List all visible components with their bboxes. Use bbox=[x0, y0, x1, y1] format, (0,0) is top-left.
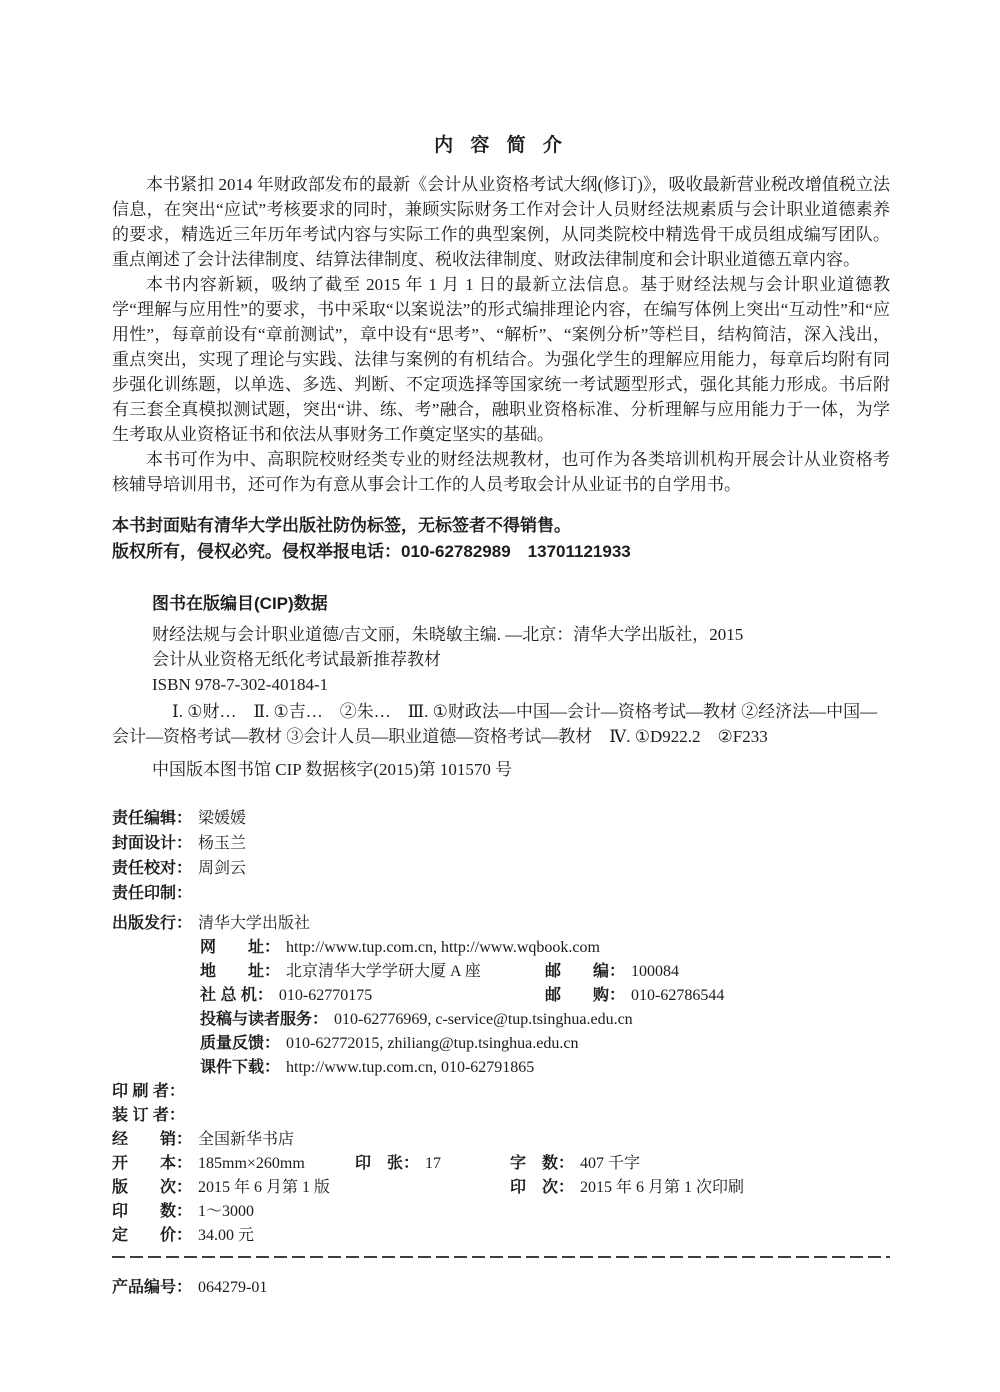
printing-row: 经 销：全国新华书店 bbox=[112, 1128, 890, 1152]
price-value: 34.00 元 bbox=[198, 1227, 254, 1244]
wordcount-label: 字 数： bbox=[510, 1155, 574, 1172]
intro-paragraph: 本书可作为中、高职院校财经类专业的财经法规教材，也可作为各类培训机构开展会计从业… bbox=[112, 447, 890, 497]
copyright-colophon-page: 内 容 简 介 本书紧扣 2014 年财政部发布的最新《会计从业资格考试大纲(修… bbox=[0, 0, 1000, 1392]
address-label: 地 址： bbox=[200, 963, 280, 980]
credit-label: 责任编辑： bbox=[112, 810, 192, 827]
publisher-row: 社 总 机：010-62770175邮 购：010-62786544 bbox=[112, 984, 890, 1008]
sheets-label: 印 张： bbox=[355, 1155, 419, 1172]
cip-isbn-line: ISBN 978-7-302-40184-1 bbox=[152, 672, 890, 697]
sheets-value: 17 bbox=[425, 1155, 441, 1172]
staff-credits: 责任编辑：梁媛媛 封面设计：杨玉兰 责任校对：周剑云 责任印制： bbox=[112, 806, 890, 906]
printing-row: 版 次：2015 年 6 月第 1 版印 次：2015 年 6 月第 1 次印刷 bbox=[112, 1176, 890, 1200]
credit-value: 梁媛媛 bbox=[198, 810, 246, 827]
printing-row: 印 数：1～3000 bbox=[112, 1200, 890, 1224]
intro-paragraph: 本书紧扣 2014 年财政部发布的最新《会计从业资格考试大纲(修订)》，吸收最新… bbox=[112, 172, 890, 272]
printing-row: 开 本：185mm×260mm印 张：17字 数：407 千字 bbox=[112, 1152, 890, 1176]
format-label: 开 本： bbox=[112, 1155, 192, 1172]
mailorder-label: 邮 购： bbox=[545, 987, 625, 1004]
product-code: 产品编号：064279-01 bbox=[112, 1276, 890, 1300]
credit-value: 周剑云 bbox=[198, 860, 246, 877]
reader-service-value: 010-62776969, c-service@tup.tsinghua.edu… bbox=[334, 1011, 633, 1028]
publisher-row: 网 址：http://www.tup.com.cn, http://www.wq… bbox=[112, 936, 890, 960]
wordcount-value: 407 千字 bbox=[580, 1155, 640, 1172]
format-value: 185mm×260mm bbox=[198, 1155, 305, 1172]
distributor-value: 全国新华书店 bbox=[198, 1131, 294, 1148]
separator-line bbox=[112, 1256, 890, 1258]
reader-service-label: 投稿与读者服务： bbox=[200, 1011, 328, 1028]
page-title: 内 容 简 介 bbox=[112, 134, 890, 158]
cip-classification-line: 会计—资格考试—教材 ③会计人员—职业道德—资格考试—教材 Ⅳ. ①D922.2… bbox=[112, 724, 890, 749]
quality-feedback-label: 质量反馈： bbox=[200, 1035, 280, 1052]
address-value: 北京清华大学学研大厦 A 座 bbox=[286, 963, 481, 980]
anti-piracy-notice-line: 本书封面贴有清华大学出版社防伪标签，无标签者不得销售。 bbox=[112, 513, 890, 539]
postcode-value: 100084 bbox=[631, 963, 679, 980]
cip-registry-line: 中国版本图书馆 CIP 数据核字(2015)第 101570 号 bbox=[152, 757, 890, 782]
product-code-label: 产品编号： bbox=[112, 1279, 192, 1296]
cip-title-line: 财经法规与会计职业道德/吉文丽，朱晓敏主编. —北京：清华大学出版社，2015 bbox=[152, 622, 890, 647]
courseware-label: 课件下载： bbox=[200, 1059, 280, 1076]
postcode-label: 邮 编： bbox=[545, 963, 625, 980]
printrun-value: 1～3000 bbox=[198, 1203, 254, 1220]
credit-row: 责任校对：周剑云 bbox=[112, 856, 890, 881]
switchboard-label: 社 总 机： bbox=[200, 987, 273, 1004]
cip-section: 图书在版编目(CIP)数据 财经法规与会计职业道德/吉文丽，朱晓敏主编. —北京… bbox=[112, 591, 890, 782]
binder-label: 装 订 者： bbox=[112, 1107, 185, 1124]
quality-feedback-value: 010-62772015, zhiliang@tup.tsinghua.edu.… bbox=[286, 1035, 578, 1052]
publisher-label: 出版发行： bbox=[112, 915, 192, 932]
printing-row: 装 订 者： bbox=[112, 1104, 890, 1128]
price-label: 定 价： bbox=[112, 1227, 192, 1244]
publisher-row: 出版发行：清华大学出版社 bbox=[112, 912, 890, 936]
copyright-notice-line: 版权所有，侵权必究。侵权举报电话：010-62782989 1370112193… bbox=[112, 539, 890, 565]
publisher-row: 投稿与读者服务：010-62776969, c-service@tup.tsin… bbox=[112, 1008, 890, 1032]
printing-row: 定 价：34.00 元 bbox=[112, 1224, 890, 1248]
printing-info: 印 刷 者： 装 订 者： 经 销：全国新华书店 开 本：185mm×260mm… bbox=[112, 1080, 890, 1248]
credit-row: 责任印制： bbox=[112, 881, 890, 906]
publisher-value: 清华大学出版社 bbox=[198, 915, 310, 932]
credit-value: 杨玉兰 bbox=[198, 835, 246, 852]
publisher-info: 出版发行：清华大学出版社 网 址：http://www.tup.com.cn, … bbox=[112, 912, 890, 1080]
distributor-label: 经 销： bbox=[112, 1131, 192, 1148]
edition-label: 版 次： bbox=[112, 1179, 192, 1196]
printer-label: 印 刷 者： bbox=[112, 1083, 185, 1100]
cip-series-line: 会计从业资格无纸化考试最新推荐教材 bbox=[152, 647, 890, 672]
mailorder-value: 010-62786544 bbox=[631, 987, 724, 1004]
printrun-label: 印 数： bbox=[112, 1203, 192, 1220]
cip-heading: 图书在版编目(CIP)数据 bbox=[152, 591, 890, 616]
credit-label: 责任校对： bbox=[112, 860, 192, 877]
credit-label: 封面设计： bbox=[112, 835, 192, 852]
credit-label: 责任印制： bbox=[112, 885, 192, 902]
credit-row: 封面设计：杨玉兰 bbox=[112, 831, 890, 856]
switchboard-value: 010-62770175 bbox=[279, 987, 372, 1004]
edition-value: 2015 年 6 月第 1 版 bbox=[198, 1179, 330, 1196]
publisher-row: 课件下载：http://www.tup.com.cn, 010-62791865 bbox=[112, 1056, 890, 1080]
credit-row: 责任编辑：梁媛媛 bbox=[112, 806, 890, 831]
website-label: 网 址： bbox=[200, 939, 280, 956]
courseware-value: http://www.tup.com.cn, 010-62791865 bbox=[286, 1059, 534, 1076]
product-code-value: 064279-01 bbox=[198, 1279, 267, 1296]
impression-value: 2015 年 6 月第 1 次印刷 bbox=[580, 1179, 744, 1196]
impression-label: 印 次： bbox=[510, 1179, 574, 1196]
publisher-row: 质量反馈：010-62772015, zhiliang@tup.tsinghua… bbox=[112, 1032, 890, 1056]
anti-piracy-notice: 本书封面贴有清华大学出版社防伪标签，无标签者不得销售。 版权所有，侵权必究。侵权… bbox=[112, 513, 890, 565]
printing-row: 印 刷 者： bbox=[112, 1080, 890, 1104]
publisher-row: 地 址：北京清华大学学研大厦 A 座邮 编：100084 bbox=[112, 960, 890, 984]
intro-paragraph: 本书内容新颖，吸纳了截至 2015 年 1 月 1 日的最新立法信息。基于财经法… bbox=[112, 272, 890, 447]
cip-classification-line: Ⅰ. ①财… Ⅱ. ①吉… ②朱… Ⅲ. ①财政法—中国—会计—资格考试—教材 … bbox=[112, 699, 890, 724]
website-value: http://www.tup.com.cn, http://www.wqbook… bbox=[286, 939, 600, 956]
